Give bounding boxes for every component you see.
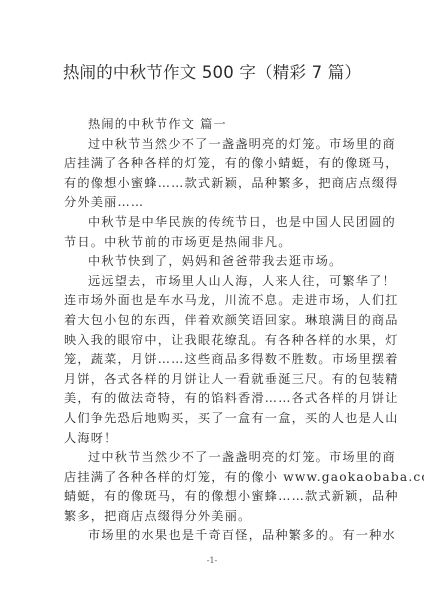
text-line: 店挂满了各种各样的灯笼，有的像小蜻蜓，有的像斑马， xyxy=(64,154,362,174)
text-line: 人们争先恐后地购买，买了一盒有一盒，买的人也是人山 xyxy=(64,409,362,429)
section-heading: 热闹的中秋节作文 篇一 xyxy=(64,115,362,135)
text-line: 过中秋节当然少不了一盏盏明亮的灯笼。市场里的商 xyxy=(64,135,362,155)
text-line: 中秋节快到了，妈妈和爸爸带我去逛市场。 xyxy=(64,252,362,272)
text-line: 中秋节是中华民族的传统节日，也是中国人民团圆的 xyxy=(64,213,362,233)
text-line: 蜻蜓，有的像斑马，有的像想小蜜蜂……款式新颖，品种 xyxy=(64,487,362,507)
text-line: 着大包小包的东西，伴着欢颜笑语回家。琳琅满目的商品 xyxy=(64,311,362,331)
text-line: 节日。中秋节前的市场更是热闹非凡。 xyxy=(64,233,362,253)
page-number: -1- xyxy=(0,556,424,565)
text-line: 远远望去，市场里人山人海，人来人往，可繁华了！ xyxy=(64,272,362,292)
text-line: 店挂满了各种各样的灯笼，有的像小 www.gaokaobaba.com xyxy=(64,468,362,488)
document-body: 热闹的中秋节作文 篇一 过中秋节当然少不了一盏盏明亮的灯笼。市场里的商店挂满了各… xyxy=(64,115,362,546)
text-line: 分外美丽…… xyxy=(64,193,362,213)
document-page: 热闹的中秋节作文 500 字（精彩 7 篇） 热闹的中秋节作文 篇一 过中秋节当… xyxy=(0,0,424,600)
text-line: 过中秋节当然少不了一盏盏明亮的灯笼。市场里的商 xyxy=(64,448,362,468)
document-title: 热闹的中秋节作文 500 字（精彩 7 篇） xyxy=(0,59,424,83)
text-line: 繁多，把商店点缀得分外美丽。 xyxy=(64,507,362,527)
text-line: 市场里的水果也是千奇百怪，品种繁多的。有一种水 xyxy=(64,526,362,546)
text-line: 映入我的眼帘中，让我眼花缭乱。有各种各样的水果，灯 xyxy=(64,331,362,351)
text-line: 有的像想小蜜蜂……款式新颖，品种繁多，把商店点缀得 xyxy=(64,174,362,194)
text-line: 月饼，各式各样的月饼让人一看就垂涎三尺。有的包装精 xyxy=(64,370,362,390)
text-line: 人海呀！ xyxy=(64,429,362,449)
text-line: 连市场外面也是车水马龙，川流不息。走进市场，人们扛 xyxy=(64,291,362,311)
paragraph-lines: 过中秋节当然少不了一盏盏明亮的灯笼。市场里的商店挂满了各种各样的灯笼，有的像小蜻… xyxy=(64,135,362,546)
text-line: 美，有的做法奇特，有的馅料香滑……各式各样的月饼让 xyxy=(64,389,362,409)
text-line: 笼，蔬菜，月饼……这些商品多得数不胜数。市场里摆着 xyxy=(64,350,362,370)
